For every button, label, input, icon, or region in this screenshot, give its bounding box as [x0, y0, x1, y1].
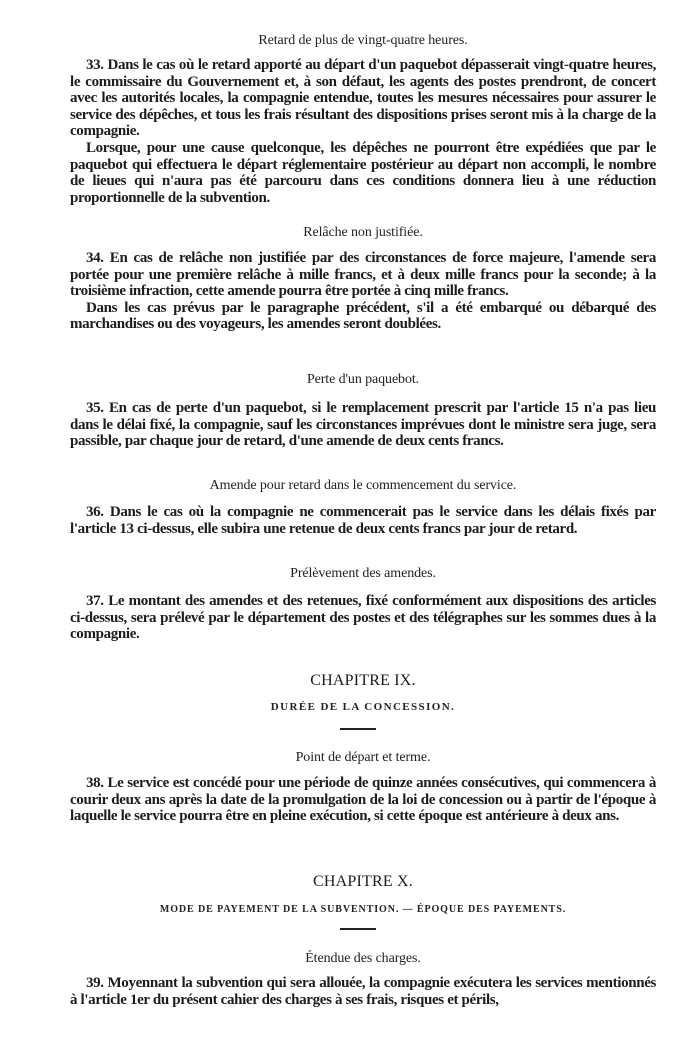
section-heading-point-depart: Point de départ et terme. [70, 750, 656, 766]
paragraph: 36. Dans le cas où la compagnie ne comme… [70, 504, 656, 537]
section-heading-etendue: Étendue des charges. [70, 951, 656, 967]
article-37: 37. Le montant des amendes et des retenu… [70, 593, 656, 643]
paragraph: 34. En cas de relâche non justifiée par … [70, 250, 656, 300]
divider-rule [340, 928, 376, 930]
article-35: 35. En cas de perte d'un paquebot, si le… [70, 400, 656, 450]
article-33: 33. Dans le cas où le retard apporté au … [70, 57, 656, 206]
article-34: 34. En cas de relâche non justifiée par … [70, 250, 656, 333]
article-39: 39. Moyennant la subvention qui sera all… [70, 975, 656, 1008]
paragraph: 39. Moyennant la subvention qui sera all… [70, 975, 656, 1008]
article-36: 36. Dans le cas où la compagnie ne comme… [70, 504, 656, 537]
section-heading-relache: Relâche non justifiée. [70, 225, 656, 241]
paragraph: 35. En cas de perte d'un paquebot, si le… [70, 400, 656, 450]
chapter-10-title: CHAPITRE X. [70, 873, 656, 891]
chapter-9-subtitle: DURÉE DE LA CONCESSION. [70, 701, 656, 713]
paragraph: Dans les cas prévus par le paragraphe pr… [70, 300, 656, 333]
section-heading-perte: Perte d'un paquebot. [70, 372, 656, 388]
section-heading-amende: Amende pour retard dans le commencement … [70, 478, 656, 494]
section-heading-prelevement: Prélèvement des amendes. [70, 566, 656, 582]
chapter-10-subtitle: MODE DE PAYEMENT DE LA SUBVENTION. — ÉPO… [70, 904, 656, 915]
paragraph: 38. Le service est concédé pour une péri… [70, 775, 656, 825]
section-heading-retard: Retard de plus de vingt-quatre heures. [70, 33, 656, 49]
paragraph: 37. Le montant des amendes et des retenu… [70, 593, 656, 643]
paragraph: Lorsque, pour une cause quelconque, les … [70, 140, 656, 206]
chapter-9-title: CHAPITRE IX. [70, 672, 656, 690]
divider-rule [340, 728, 376, 730]
paragraph: 33. Dans le cas où le retard apporté au … [70, 57, 656, 140]
article-38: 38. Le service est concédé pour une péri… [70, 775, 656, 825]
